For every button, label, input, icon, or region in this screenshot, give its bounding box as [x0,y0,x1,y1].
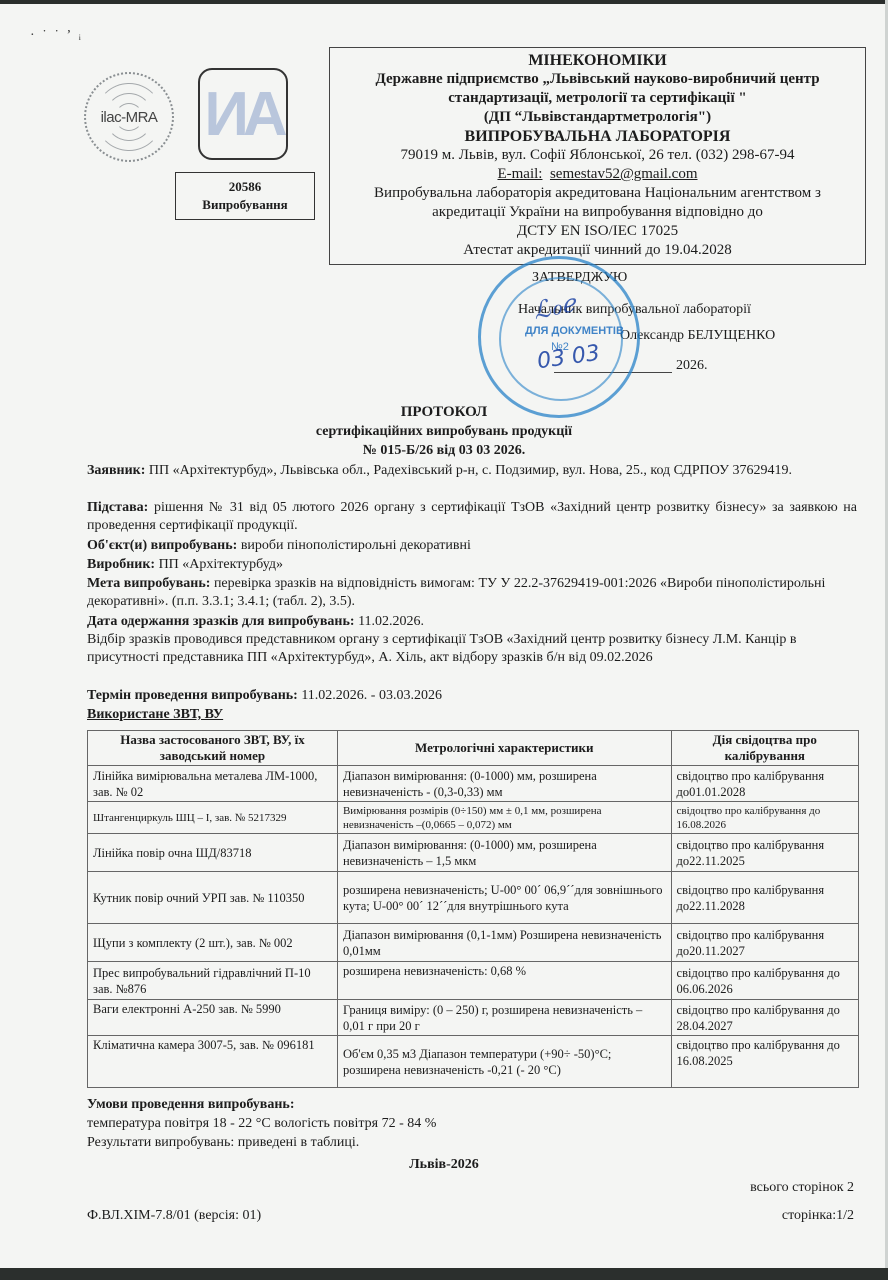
table-row: Штангенциркуль ШЦ – І, зав. № 5217329 Ви… [88,802,859,834]
table-header-row: Назва застосованого ЗВТ, ВУ, їх заводськ… [88,731,859,766]
certificate-validity: Атестат акредитації чинний до 19.04.2028 [330,241,865,260]
metrology-specs: Діапазон вимірювання: (0-1000) мм, розши… [337,766,671,802]
test-results-note: Результати випробувань: приведені в табл… [87,1134,857,1152]
basis-value: рішення № 31 від 05 лютого 2026 органу з… [87,500,857,533]
applicant-label: Заявник: [87,463,145,478]
basis-label: Підстава: [87,500,148,515]
table-row: Кутник повір очний УРП зав. № 110350 роз… [88,872,859,924]
email-label: E-mail: [497,166,542,182]
equipment-name: Лінійка повір очна ШД/83718 [88,834,338,872]
calibration-validity: свідоцтво про калібрування до 28.04.2027 [671,1000,858,1036]
test-object-label: Об'єкт(и) випробувань: [87,538,237,553]
equipment-name: Прес випробувальний гідравлічний П-10 за… [88,962,338,1000]
accreditation-number-box: 20586 Випробування [175,172,315,220]
header-equipment-name: Назва застосованого ЗВТ, ВУ, їх заводськ… [88,731,338,766]
ministry-name: МІНЕКОНОМІКИ [330,51,865,70]
table-row: Лінійка вимірювальна металева ЛМ-1000, з… [88,766,859,802]
lab-name: ВИПРОБУВАЛЬНА ЛАБОРАТОРІЯ [330,127,865,146]
test-conditions: Умови проведення випробувань: [87,1096,857,1114]
metrology-specs: розширена невизначеність; U-00° 00´ 06,9… [337,872,671,924]
calibration-validity: свідоцтво про калібрування до 16.08.2026 [671,802,858,834]
test-term-value: 11.02.2026. - 03.03.2026 [301,688,442,703]
equipment-name: Кутник повір очний УРП зав. № 110350 [88,872,338,924]
applicant-value: ПП «Архітектурбуд», Львівська обл., Раде… [149,463,792,478]
official-stamp: ℒℴℯ ДЛЯ ДОКУМЕНТІВ №2 03 03 [478,256,640,418]
email-link[interactable]: semestav52@gmail.com [550,166,698,182]
calibration-validity: свідоцтво про калібрування до20.11.2027 [671,924,858,962]
calibration-validity: свідоцтво про калібрування до 06.06.2026 [671,962,858,1000]
stamp-text: ДЛЯ ДОКУМЕНТІВ [525,325,624,337]
protocol-subtitle: сертифікаційних випробувань продукції [0,424,888,440]
sample-received-field: Дата одержання зразків для випробувань: … [87,613,857,631]
sampling-info: Відбір зразків проводився представником … [87,631,857,667]
metrology-specs: Діапазон вимірювання (0,1-1мм) Розширена… [337,924,671,962]
city-year: Львів-2026 [0,1157,888,1173]
test-object-value: вироби пінополістирольні декоративні [241,538,471,553]
accreditation-scope: Випробування [176,196,314,214]
manufacturer-label: Виробник: [87,557,155,572]
equipment-name: Штангенциркуль ШЦ – І, зав. № 5217329 [88,802,338,834]
applicant-field: Заявник: ПП «Архітектурбуд», Львівська о… [87,462,857,480]
equipment-name: Щупи з комплекту (2 шт.), зав. № 002 [88,924,338,962]
scan-marks: · ˙ ˙ ʼ ᵢ [30,28,83,44]
equipment-heading-text: Використане ЗВТ, ВУ [87,707,223,722]
enterprise-name-line2: стандартизації, метрології та сертифікац… [330,89,865,108]
equipment-name: Кліматична камера 3007-5, зав. № 096181 [88,1036,338,1088]
accreditation-text-line2: акредитації України на випробування відп… [330,203,865,222]
test-term-label: Термін проведення випробувань: [87,688,298,703]
basis-field: Підстава: рішення № 31 від 05 лютого 202… [87,499,857,535]
table-row: Прес випробувальний гідравлічний П-10 за… [88,962,859,1000]
organization-header: МІНЕКОНОМІКИ Державне підприємство „Льві… [329,47,866,265]
accreditation-text-line1: Випробувальна лабораторія акредитована Н… [330,184,865,203]
table-row: Кліматична камера 3007-5, зав. № 096181 … [88,1036,859,1088]
metrology-specs: Вимірювання розмірів (0÷150) мм ± 0,1 мм… [337,802,671,834]
metrology-specs: Діапазон вимірювання: (0-1000) мм, розши… [337,834,671,872]
sample-received-value: 11.02.2026. [358,614,424,629]
protocol-number: № 015-Б/26 від 03 03 2026. [0,443,888,459]
lab-address: 79019 м. Львів, вул. Софії Яблонської, 2… [330,146,865,165]
manufacturer-value: ПП «Архітектурбуд» [159,557,283,572]
lab-email-line: E-mail: semestav52@gmail.com [330,165,865,184]
metrology-specs: Границя виміру: (0 – 250) г, розширена н… [337,1000,671,1036]
metrology-specs: розширена невизначеність: 0,68 % [337,962,671,1000]
na-mark-icon: ИА [204,79,281,150]
scan-edge-top [0,0,888,4]
equipment-name: Ваги електронні А-250 зав. № 5990 [88,1000,338,1036]
table-row: Лінійка повір очна ШД/83718 Діапазон вим… [88,834,859,872]
manufacturer-field: Виробник: ПП «Архітектурбуд» [87,556,857,574]
equipment-heading: Використане ЗВТ, ВУ [87,706,857,724]
pages-total: всього сторінок 2 [750,1180,854,1196]
metrology-specs: Об'єм 0,35 м3 Діапазон температури (+90÷… [337,1036,671,1088]
accreditation-standard: ДСТУ EN ISO/IEC 17025 [330,222,865,241]
calibration-validity: свідоцтво про калібрування до01.01.2028 [671,766,858,802]
approver-name: Олександр БЕЛУЩЕНКО [620,328,775,344]
ilac-mra-logo: ilac-MRA [84,72,174,162]
equipment-table: Назва застосованого ЗВТ, ВУ, їх заводськ… [87,730,859,1088]
header-metrology: Метрологічні характеристики [337,731,671,766]
accreditation-number: 20586 [176,178,314,196]
ilac-logo-text: ilac-MRA [100,109,159,126]
calibration-validity: свідоцтво про калібрування до22.11.2025 [671,834,858,872]
header-calibration: Дія свідоцтва про калібрування [671,731,858,766]
sample-received-label: Дата одержання зразків для випробувань: [87,614,355,629]
approval-date: 2026. [676,358,708,374]
page-number: сторінка:1/2 [782,1208,854,1224]
test-purpose-label: Мета випробувань: [87,576,210,591]
calibration-validity: свідоцтво про калібрування до 16.08.2025 [671,1036,858,1088]
table-row: Щупи з комплекту (2 шт.), зав. № 002 Діа… [88,924,859,962]
test-object-field: Об'єкт(и) випробувань: вироби пінополіст… [87,537,857,555]
test-purpose-field: Мета випробувань: перевірка зразків на в… [87,575,857,611]
scan-edge-bottom [0,1268,888,1280]
test-conditions-label: Умови проведення випробувань: [87,1097,295,1112]
national-accreditation-agency-logo: ИА [198,68,288,160]
test-term-field: Термін проведення випробувань: 11.02.202… [87,687,857,705]
enterprise-name-line1: Державне підприємство „Львівський науков… [330,70,865,89]
calibration-validity: свідоцтво про калібрування до22.11.2028 [671,872,858,924]
table-row: Ваги електронні А-250 зав. № 5990 Границ… [88,1000,859,1036]
test-conditions-value: температура повітря 18 - 22 °С вологість… [87,1115,857,1133]
enterprise-short-name: (ДП “Львівстандартметрологія") [330,108,865,127]
form-code: Ф.ВЛ.ХІМ-7.8/01 (версія: 01) [87,1208,261,1224]
equipment-name: Лінійка вимірювальна металева ЛМ-1000, з… [88,766,338,802]
protocol-title: ПРОТОКОЛ [0,404,888,421]
